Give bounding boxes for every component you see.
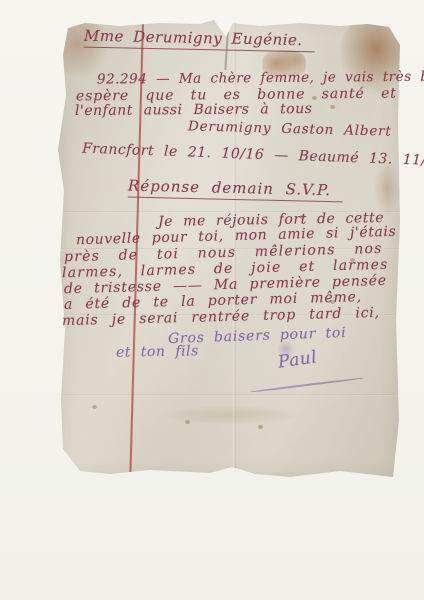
signature: Paul [277, 347, 319, 372]
letter-reply-request-line: Réponse demain S.V.P. [128, 177, 343, 200]
letter-recipient-line: Mme Derumigny Eugénie. [84, 27, 315, 50]
handwriting-layer: Mme Derumigny Eugénie. 92.294 — Ma chère… [0, 0, 424, 600]
letter-body-line: 92.294 — Ma chère femme, je vais très bi… [97, 68, 424, 87]
photo-backdrop: Mme Derumigny Eugénie. 92.294 — Ma chère… [0, 0, 424, 600]
recipient-name: Mme Derumigny Eugénie. [84, 27, 315, 53]
reply-request-text: Réponse demain S.V.P. [128, 177, 343, 203]
letter-date-line: Francfort le 21. 10/16 — Beaumé 13. 11/1… [82, 141, 424, 170]
letter-sender-name: Derumigny Gaston Albert [188, 118, 392, 139]
letter-closing-line: et ton fils [116, 343, 199, 360]
letter-body-line: l'enfant aussi Baisers à tous [75, 101, 313, 119]
signature-flourish [250, 377, 363, 393]
